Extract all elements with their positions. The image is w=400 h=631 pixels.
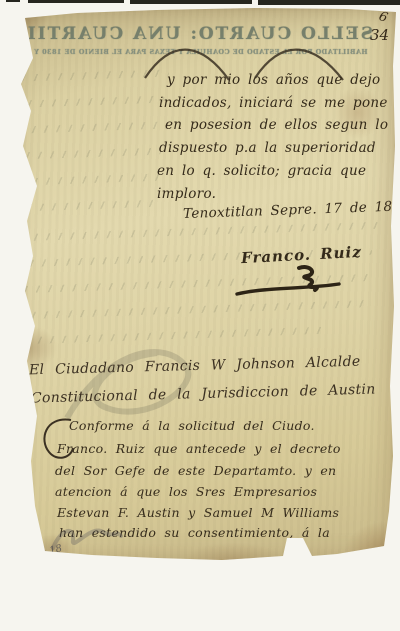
- scan-edge-artifact: [130, 0, 252, 4]
- scan-edge-artifact: [258, 0, 400, 5]
- bleed-through-line: [19, 222, 379, 242]
- printed-seal-subtitle: HABILITADO POR EL ESTADO DE COAHUILA Y T…: [13, 48, 373, 56]
- report-line: Estevan F. Austin y Samuel M Williams: [57, 505, 339, 520]
- petition-line: en posesion de ellos segun lo: [165, 117, 388, 133]
- report-line: Conforme á la solicitud del Ciudo.: [69, 418, 315, 433]
- bleed-through-line: [21, 274, 376, 293]
- scan-edge-artifact: [6, 0, 20, 2]
- report-line: han estendido su consentimiento, á la: [59, 525, 330, 540]
- petition-line: en lo q. solicito; gracia que: [157, 163, 366, 179]
- report-line: Franco. Ruiz que antecede y el decreto: [57, 441, 341, 456]
- petition-line: y por mio los años que dejo: [167, 72, 380, 88]
- archive-number-note: № 18: [36, 543, 63, 560]
- folio-number-bottom: 34: [370, 26, 389, 44]
- folio-number-top: 6: [377, 9, 390, 26]
- scan-background: SELLO CUARTO: UNA CUARTILLA. HABILITADO …: [0, 0, 400, 631]
- printed-seal-title: SELLO CUARTO: UNA CUARTILLA.: [13, 24, 373, 44]
- report-line: atencion á que los Sres Empresarios: [55, 484, 317, 499]
- signature: Franco. Ruiz: [241, 243, 363, 267]
- manuscript-paper: SELLO CUARTO: UNA CUARTILLA. HABILITADO …: [7, 6, 397, 566]
- bleed-through-line: [19, 69, 169, 81]
- address-line: Constitucional de la Jurisdiccion de Aus…: [31, 381, 376, 406]
- bleed-through-line: [23, 327, 323, 344]
- bleed-through-line: [19, 173, 167, 185]
- scan-edge-artifact: [28, 0, 124, 3]
- bleed-through-line: [29, 300, 369, 319]
- petition-line: indicados, iniciará se me pone: [159, 95, 388, 111]
- bleed-through-line: [25, 96, 165, 108]
- bleed-through-line: [25, 200, 159, 212]
- bleed-through-line: [17, 121, 169, 133]
- report-line: del Sor Gefe de este Departamto. y en: [55, 463, 336, 478]
- petition-line: dispuesto p.a la superioridad: [159, 140, 376, 156]
- address-line: El Ciudadano Francis W Johnson Alcalde: [29, 354, 361, 379]
- bleed-through-line: [23, 148, 161, 160]
- petition-line: imploro.: [157, 186, 216, 202]
